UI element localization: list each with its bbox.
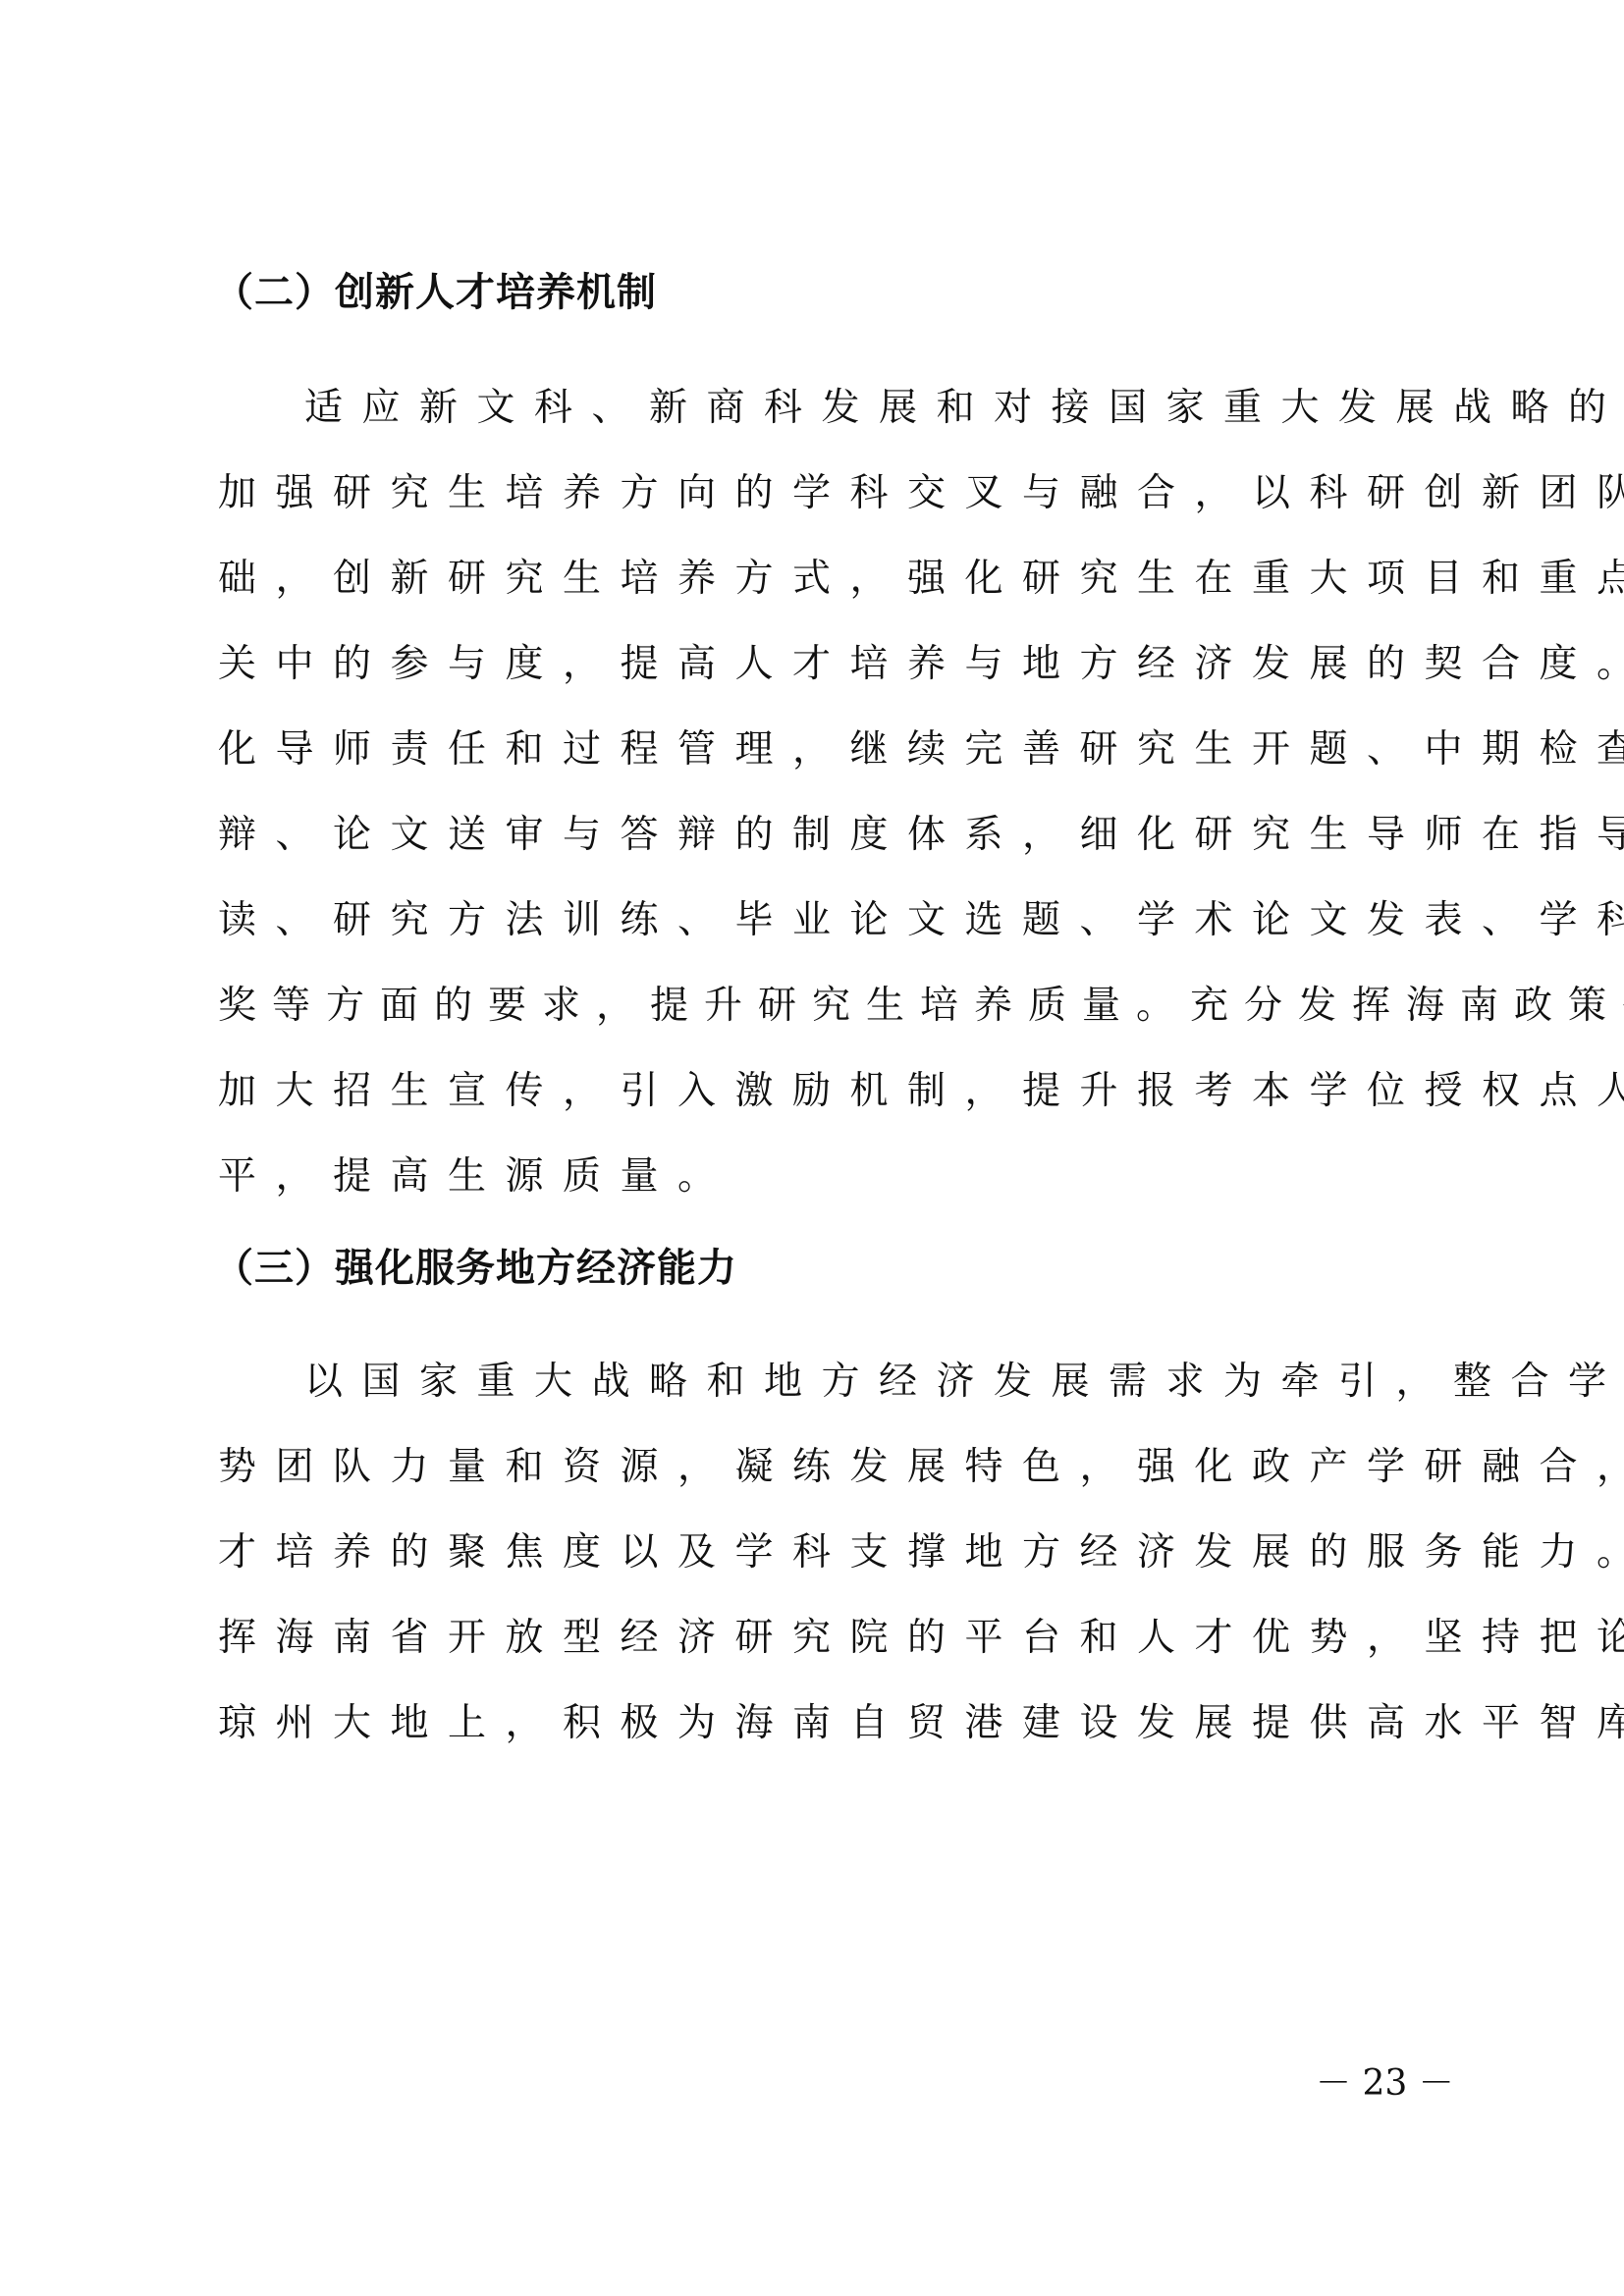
text-line: 琼州大地上，积极为海南自贸港建设发展提供高水平智库支撑。 bbox=[218, 1681, 1445, 1766]
text-line: 挥海南省开放型经济研究院的平台和人才优势，坚持把论文写在 bbox=[218, 1595, 1445, 1681]
text-line: 平，提高生源质量。 bbox=[218, 1134, 1445, 1219]
text-line: 势团队力量和资源，凝练发展特色，强化政产学研融合，提升人 bbox=[218, 1424, 1445, 1510]
text-line: 辩、论文送审与答辩的制度体系，细化研究生导师在指导文献阅 bbox=[218, 792, 1445, 878]
page-number: － 23 － bbox=[1316, 2056, 1434, 2106]
text-line: 适应新文科、新商科发展和对接国家重大发展战略的需要， bbox=[218, 365, 1445, 451]
text-line: 化导师责任和过程管理，继续完善研究生开题、中期检查、预答 bbox=[218, 707, 1445, 792]
text-line: 奖等方面的要求，提升研究生培养质量。充分发挥海南政策优势， bbox=[218, 963, 1445, 1048]
page-content: （二）创新人才培养机制 适应新文科、新商科发展和对接国家重大发展战略的需要， 加… bbox=[218, 263, 1426, 1766]
text-line: 才培养的聚焦度以及学科支撑地方经济发展的服务能力。充分发 bbox=[218, 1510, 1445, 1595]
text-line: 加强研究生培养方向的学科交叉与融合，以科研创新团队为基 bbox=[218, 451, 1445, 536]
text-line: 关中的参与度，提高人才培养与地方经济发展的契合度。全面强 bbox=[218, 621, 1445, 707]
section-heading-local-economy-service: （三）强化服务地方经济能力 bbox=[214, 1239, 1426, 1298]
text-line: 加大招生宣传，引入激励机制，提升报考本学位授权点人数和水 bbox=[218, 1048, 1445, 1134]
text-line: 以国家重大战略和地方经济发展需求为牵引，整合学位点优 bbox=[218, 1339, 1445, 1424]
section-heading-talent-training: （二）创新人才培养机制 bbox=[214, 263, 1426, 322]
text-line: 础，创新研究生培养方式，强化研究生在重大项目和重点课题攻 bbox=[218, 536, 1445, 621]
paragraph-talent-training: 适应新文科、新商科发展和对接国家重大发展战略的需要， 加强研究生培养方向的学科交… bbox=[218, 365, 1445, 1219]
paragraph-local-economy-service: 以国家重大战略和地方经济发展需求为牵引，整合学位点优 势团队力量和资源，凝练发展… bbox=[218, 1339, 1445, 1766]
text-line: 读、研究方法训练、毕业论文选题、学术论文发表、学科竞赛获 bbox=[218, 878, 1445, 963]
document-page: （二）创新人才培养机制 适应新文科、新商科发展和对接国家重大发展战略的需要， 加… bbox=[0, 0, 1624, 2296]
